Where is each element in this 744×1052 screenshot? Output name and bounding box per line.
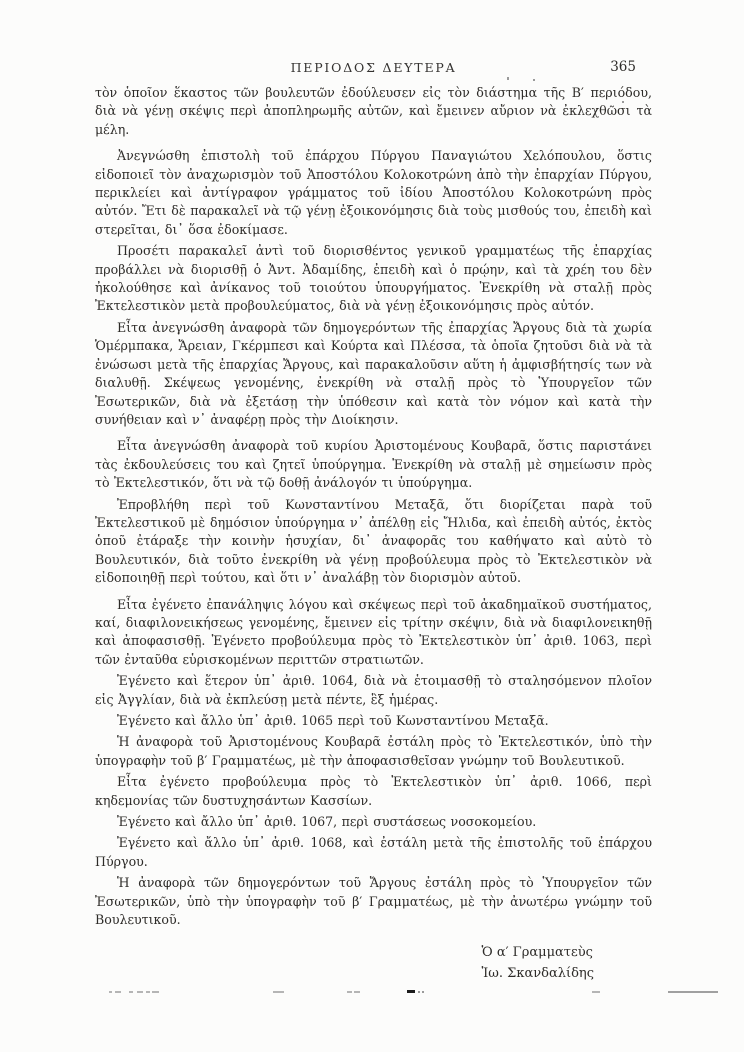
scan-speck xyxy=(533,79,535,81)
signature-inner: Ὁ α′ Γραμματεὺς Ἰω. Σκανδαλίδης xyxy=(482,943,594,984)
paragraph: Ἐγένετο καὶ ἄλλο ὑπ᾽ ἀριθ. 1067, περὶ συ… xyxy=(95,813,652,831)
page-header: ΠΕΡΙΟΔΟΣ ΔΕΥΤΕΡΑ 365 xyxy=(95,60,652,78)
paragraph: Ἐγένετο καὶ ἕτερον ὑπ᾽ ἀριθ. 1064, διὰ ν… xyxy=(95,672,652,709)
paragraph: Ἐγένετο καὶ ἄλλο ὑπ᾽ ἀριθ. 1068, καὶ ἐστ… xyxy=(95,834,652,871)
scan-dash xyxy=(109,991,112,993)
scan-dash xyxy=(347,991,352,993)
paragraph: Εἶτα ἐγένετο προβούλευμα πρὸς τὸ Ἐκτελεσ… xyxy=(95,773,652,810)
scan-dash xyxy=(407,990,415,993)
scan-speck xyxy=(507,77,509,80)
paragraph: Εἶτα ἀνεγνώσθη ἀναφορὰ τῶν δημογερόντων … xyxy=(95,319,652,429)
signature-role: Ὁ α′ Γραμματεὺς xyxy=(482,943,594,964)
running-title: ΠΕΡΙΟΔΟΣ ΔΕΥΤΕΡΑ xyxy=(95,60,652,75)
paragraph: Ἡ ἀναφορὰ τῶν δημογερόντων τοῦ Ἄργους ἐσ… xyxy=(95,874,652,929)
paragraph: Προσέτι παρακαλεῖ ἀντὶ τοῦ διορισθέντος … xyxy=(95,242,652,316)
paragraph: Εἶτα ἐγένετο ἐπανάληψις λόγου καὶ σκέψεω… xyxy=(95,596,652,670)
scan-dash xyxy=(592,991,600,993)
paragraph: Εἶτα ἀνεγνώσθη ἀναφορὰ τοῦ κυρίου Ἀριστο… xyxy=(95,437,652,492)
scan-speck xyxy=(422,991,424,993)
signature-name: Ἰω. Σκανδαλίδης xyxy=(482,964,594,985)
paragraph: Ἀνεγνώσθη ἐπιστολὴ τοῦ ἐπάρχου Πύργου Πα… xyxy=(95,147,652,239)
signature-block: Ὁ α′ Γραμματεὺς Ἰω. Σκανδαλίδης xyxy=(95,943,594,984)
scan-line xyxy=(668,991,718,993)
page-number: 365 xyxy=(610,59,636,75)
scan-dash xyxy=(115,991,121,993)
paragraph: τὸν ὁποῖον ἕκαστος τῶν βουλευτῶν ἐδούλευ… xyxy=(95,84,652,139)
paragraph: Ἐπροβλήθη περὶ τοῦ Κωνσταντίνου Μεταξᾶ, … xyxy=(95,496,652,588)
paragraph: Ἡ ἀναφορὰ τοῦ Ἀριστομένους Κουβαρᾶ ἐστάλ… xyxy=(95,733,652,770)
paragraph: Ἐγένετο καὶ ἄλλο ὑπ᾽ ἀριθ. 1065 περὶ τοῦ… xyxy=(95,712,652,730)
scan-speck xyxy=(622,101,624,103)
scan-dash xyxy=(146,991,150,993)
document-page: ΠΕΡΙΟΔΟΣ ΔΕΥΤΕΡΑ 365 τὸν ὁποῖον ἕκαστος … xyxy=(0,0,744,1052)
scan-dash xyxy=(152,991,159,993)
scan-dash xyxy=(273,991,284,993)
scan-dash xyxy=(137,991,143,993)
scan-dash xyxy=(129,991,133,993)
body-text: τὸν ὁποῖον ἕκαστος τῶν βουλευτῶν ἐδούλευ… xyxy=(95,84,652,984)
scan-speck xyxy=(418,991,420,993)
scan-dash xyxy=(354,991,360,993)
